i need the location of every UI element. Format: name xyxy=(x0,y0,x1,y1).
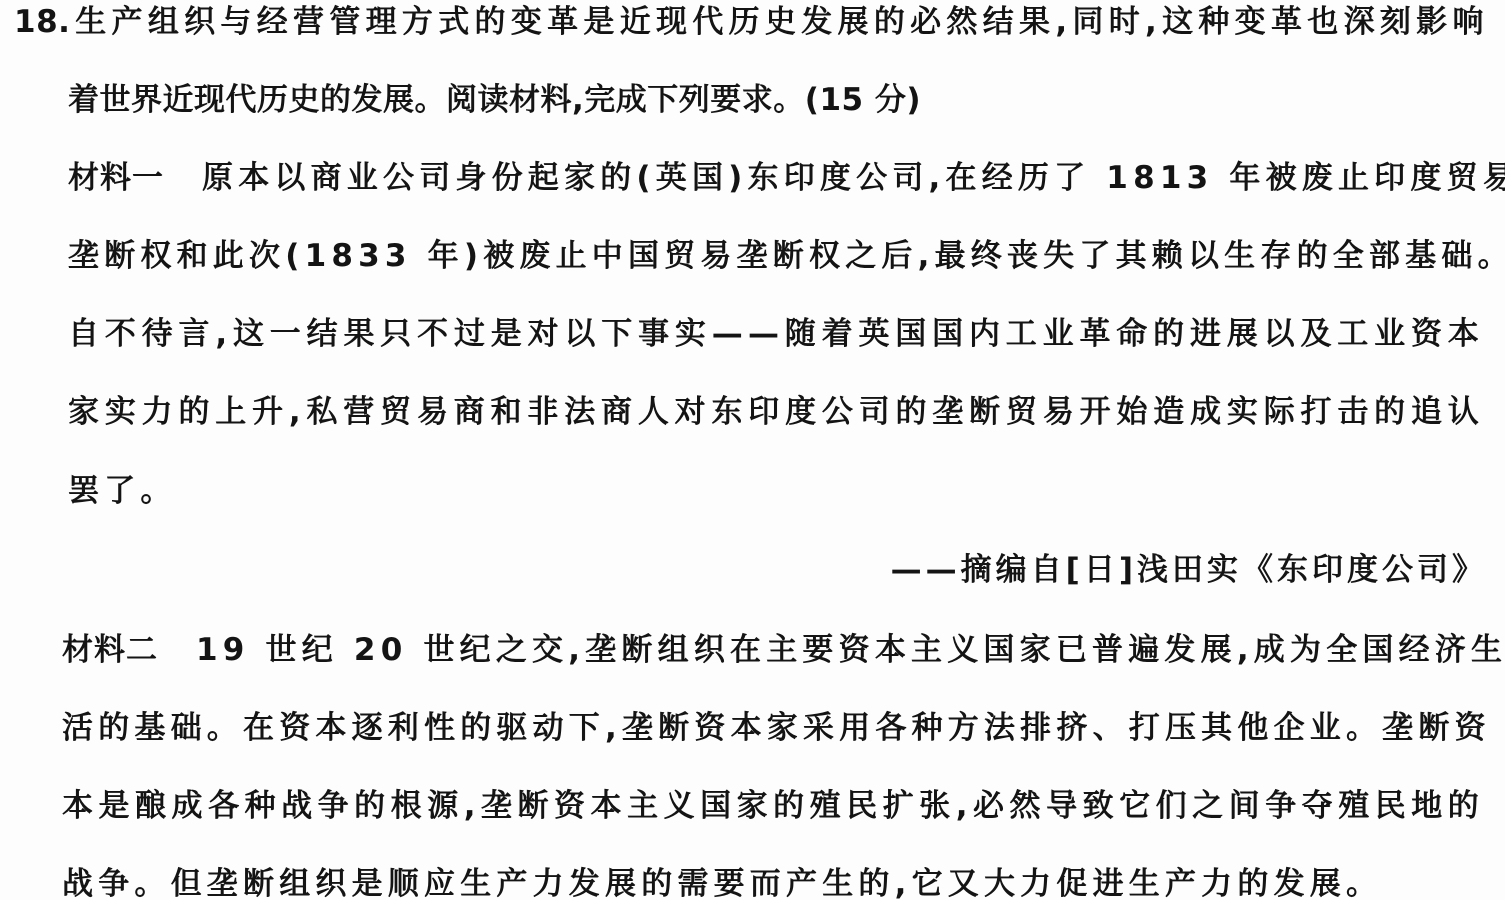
material-two-line-2: 活的基础。在资本逐利性的驱动下,垄断资本家采用各种方法排挤、打压其他企业。垄断资 xyxy=(62,708,1484,748)
material-one-line-2: 垄断权和此次(1833 年)被废止中国贸易垄断权之后,最终丧失了其赖以生存的全部… xyxy=(68,236,1484,276)
exam-page: 18.生产组织与经营管理方式的变革是近现代历史发展的必然结果,同时,这种变革也深… xyxy=(0,0,1505,900)
question-line-1: 18.生产组织与经营管理方式的变革是近现代历史发展的必然结果,同时,这种变革也深… xyxy=(14,2,1484,42)
material-one-line-4: 家实力的上升,私营贸易商和非法商人对东印度公司的垄断贸易开始造成实际打击的追认 xyxy=(68,392,1484,432)
material-one-line-5: 罢了。 xyxy=(68,471,177,511)
material-one-source: ——摘编自[日]浅田实《东印度公司》 xyxy=(891,550,1487,590)
material-one-line-3: 自不待言,这一结果只不过是对以下事实——随着英国国内工业革命的进展以及工业资本 xyxy=(68,314,1484,354)
material-two-line-1: 材料二19 世纪 20 世纪之交,垄断组织在主要资本主义国家已普遍发展,成为全国… xyxy=(62,630,1484,670)
question-stem-text: 生产组织与经营管理方式的变革是近现代历史发展的必然结果,同时,这种变革也深刻影响 xyxy=(70,4,1484,40)
question-number: 18. xyxy=(14,4,70,40)
material-one-line-1: 材料一原本以商业公司身份起家的(英国)东印度公司,在经历了 1813 年被废止印… xyxy=(68,158,1484,198)
material-one-label: 材料一 xyxy=(68,160,164,196)
material-two-line-4: 战争。但垄断组织是顺应生产力发展的需要而产生的,它又大力促进生产力的发展。 xyxy=(62,864,1382,900)
material-two-label: 材料二 xyxy=(62,632,158,668)
material-two-line-3: 本是酿成各种战争的根源,垄断资本主义国家的殖民扩张,必然导致它们之间争夺殖民地的 xyxy=(62,786,1484,826)
question-line-2: 着世界近现代历史的发展。阅读材料,完成下列要求。(15 分) xyxy=(68,80,921,120)
